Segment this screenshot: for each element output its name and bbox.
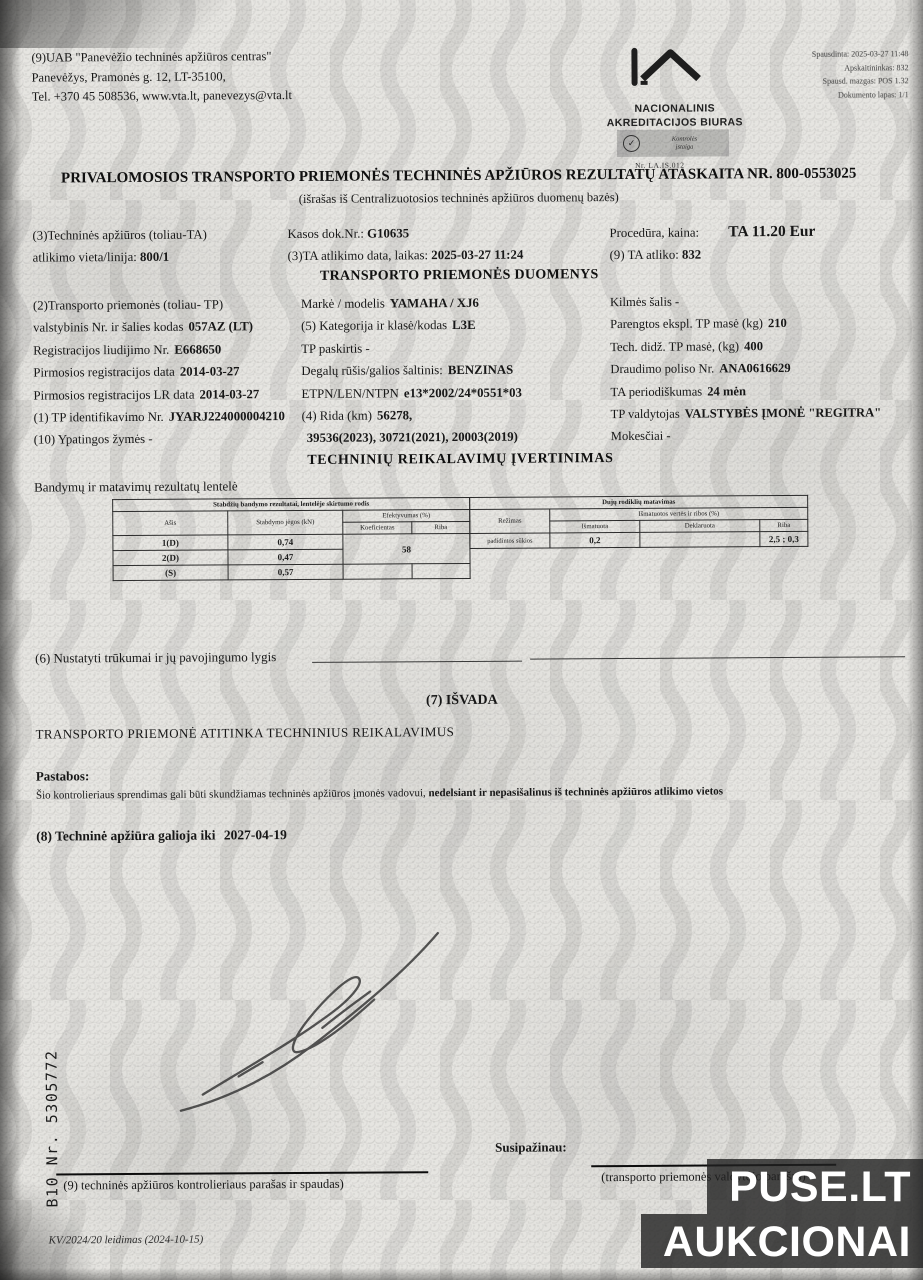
form-edition-note: KV/2024/20 leidimas (2024-10-15) — [49, 1234, 204, 1247]
inspection-procedure-block: Procedūra, kaina: TA 11.20 Eur (9) TA at… — [609, 221, 815, 266]
form-serial-number: B10 Nr. 5305772 — [42, 1007, 61, 1207]
watermark-line1: PUSE.LT — [707, 1159, 923, 1213]
conclusion-heading: (7) IŠVADA — [20, 690, 903, 711]
receipt-number: G10635 — [367, 226, 409, 240]
field-line: (10) Ypatingos žymės - — [34, 428, 285, 452]
notes-text: Šio kontrolieriaus sprendimas gali būti … — [36, 785, 723, 801]
field-line: TP valdytojasVALSTYBĖS ĮMONĖ "REGITRA" — [611, 401, 882, 425]
handwritten-signature — [142, 915, 473, 1127]
brake-efficiency-value: 58 — [343, 533, 470, 564]
field-line: (5) Kategorija ir klasė/kodasL3E — [301, 314, 522, 338]
emission-test-table: Dujų rodiklių matavimas Režimas Išmatuot… — [469, 495, 808, 549]
field-line: Degalų rūšis/galios šaltinis:BENZINAS — [301, 359, 522, 383]
company-name: (9)UAB "Panevėžio techninės apžiūros cen… — [31, 47, 291, 68]
brake-row: (S) 0,57 — [113, 563, 470, 580]
defects-label: (6) Nustatyti trūkumai ir jų pavojingumo… — [35, 649, 276, 666]
accreditation-org-name: NACIONALINIS AKREDITACIJOS BIURAS — [595, 102, 755, 130]
field-line: Draudimo poliso Nr.ANA0616629 — [610, 357, 881, 381]
inspection-place-block: (3)Techninės apžiūros (toliau-TA) atliki… — [32, 225, 207, 269]
field-line: Registracijos liudijimo Nr.E668650 — [33, 338, 284, 362]
accreditation-badge-text: Kontrolės įstaiga — [646, 135, 723, 151]
field-line: Pirmosios registracijos data2014-03-27 — [33, 360, 284, 384]
field-line: TA periodiškumas24 mėn — [610, 379, 881, 403]
defects-underline — [312, 661, 522, 663]
brake-row: 1(D) 0,74 58 — [113, 533, 470, 550]
inspector-signature-caption: (9) techninės apžiūros kontrolieriaus pa… — [63, 1177, 344, 1194]
vehicle-column-left: (2)Transporto priemonės (toliau- TP) val… — [33, 293, 285, 451]
inspector-id: 832 — [682, 247, 701, 261]
field-line: ETPN/LEN/NTPNe13*2002/24*0551*03 — [301, 381, 522, 405]
company-contacts: Tel. +370 45 508536, www.vta.lt, panevez… — [32, 86, 292, 107]
vehicle-column-right: Kilmės šalis - Parengtos ekspl. TP masė … — [610, 289, 882, 447]
report-subtitle: (išrašas iš Centralizuotosios techninės … — [17, 188, 900, 208]
inspector-signature-line — [56, 1171, 428, 1175]
results-table-caption: Bandymų ir matavimų rezultatų lentelė — [34, 478, 238, 495]
field-line: TP paskirtis - — [301, 336, 522, 360]
vehicle-section-title: TRANSPORTO PRIEMONĖS DUOMENYS — [18, 265, 901, 286]
validity-date: 2027-04-19 — [224, 827, 287, 842]
field-line: 39536(2023), 30721(2021), 20003(2019) — [302, 426, 523, 450]
notes-label: Pastabos: — [36, 768, 90, 784]
vehicle-column-middle: Markė / modelisYAMAHA / XJ6 (5) Kategori… — [301, 292, 522, 450]
company-block: (9)UAB "Panevėžio techninės apžiūros cen… — [31, 47, 292, 107]
procedure-price: TA 11.20 Eur — [728, 223, 815, 241]
validity-line: (8) Techninė apžiūra galioja iki 2027-04… — [36, 827, 287, 845]
watermark-line2: AUKCIONAI — [641, 1214, 923, 1268]
field-line: Parengtos ekspl. TP masė (kg)210 — [610, 312, 881, 336]
document-content: (9)UAB "Panevėžio techninės apžiūros cen… — [0, 0, 923, 1280]
field-line: Kilmės šalis - — [610, 289, 881, 313]
print-info-block: Spausdinta: 2025-03-27 11:48 Apskaitinin… — [756, 47, 908, 102]
evaluation-section-title: TECHNINIŲ REIKALAVIMŲ ĮVERTINIMAS — [19, 449, 902, 470]
defects-underline — [530, 656, 905, 659]
conclusion-text: TRANSPORTO PRIEMONĖ ATITINKA TECHNINIUS … — [36, 724, 455, 743]
acknowledge-label: Susipažinau: — [495, 1139, 567, 1155]
inspection-place-value: 800/1 — [140, 249, 169, 263]
field-line: Markė / modelisYAMAHA / XJ6 — [301, 292, 522, 316]
accreditation-logo — [626, 38, 708, 87]
field-line: (4) Rida (km)56278, — [302, 404, 523, 428]
inspection-receipt-block: Kasos dok.Nr.: G10635 (3)TA atlikimo dat… — [287, 223, 523, 267]
auction-watermark: PUSE.LT AUKCIONAI — [641, 1159, 923, 1268]
company-address: Panevėžys, Pramonės g. 12, LT-35100, — [31, 67, 291, 88]
inspection-datetime: 2025-03-27 11:24 — [431, 247, 523, 262]
brake-test-table: Stabdžių bandymo rezultatai, lentelėje s… — [112, 497, 471, 581]
emission-row: padidintos sūkios 0,2 2,5 ; 0,3 — [470, 531, 808, 548]
field-line: Tech. didž. TP masė, (kg)400 — [610, 334, 881, 358]
field-line: (2)Transporto priemonės (toliau- TP) — [33, 293, 284, 317]
check-icon: ✓ — [623, 135, 640, 152]
field-line: Pirmosios registracijos LR data2014-03-2… — [33, 383, 284, 407]
field-line: (1) TP identifikavimo Nr.JYARJ2240000042… — [34, 405, 285, 429]
field-line: valstybinis Nr. ir šalies kodas057AZ (LT… — [33, 315, 284, 339]
scanned-document-page: (9)UAB "Panevėžio techninės apžiūros cen… — [0, 0, 923, 1280]
accreditation-badge: ✓ Kontrolės įstaiga — [617, 129, 729, 157]
field-line: Mokesčiai - — [611, 424, 882, 448]
report-title: PRIVALOMOSIOS TRANSPORTO PRIEMONĖS TECHN… — [17, 165, 900, 187]
